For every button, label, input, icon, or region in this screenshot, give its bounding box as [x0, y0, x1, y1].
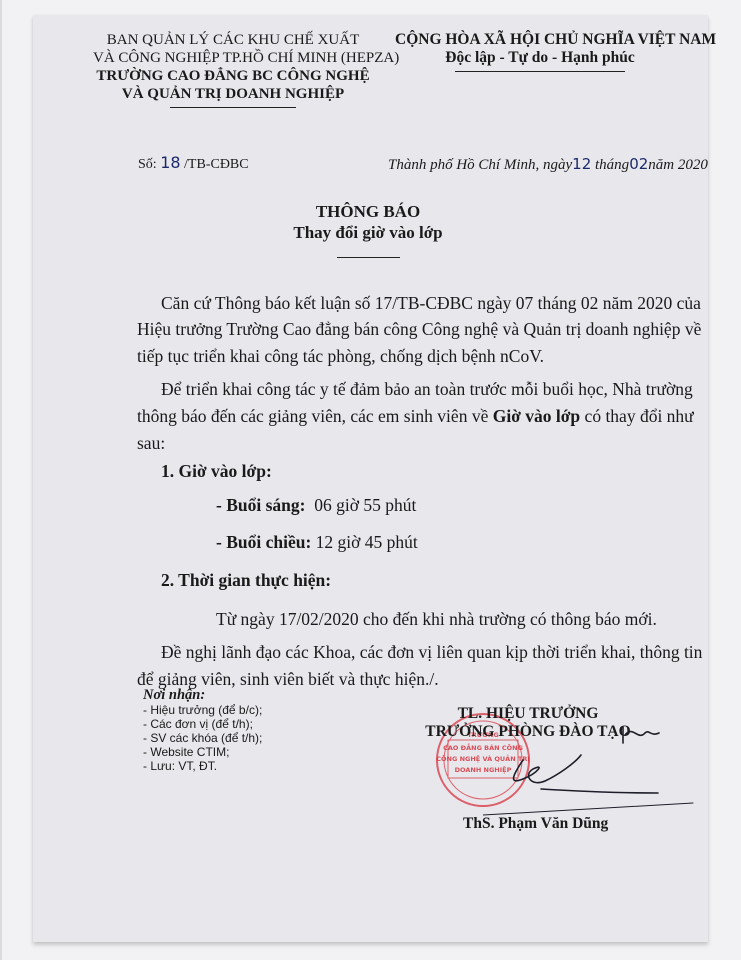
date-month: 02 [629, 155, 648, 173]
date-month-label: tháng [595, 157, 629, 173]
issuer-line-3: TRƯỜNG CAO ĐẲNG BC CÔNG NGHỆ [93, 67, 373, 85]
morning-label: - Buổi sáng: [216, 495, 305, 515]
date-line: Thành phố Hồ Chí Minh, ngày12 tháng02năm… [388, 155, 708, 174]
morning-time-row: - Buổi sáng: 06 giờ 55 phút [216, 495, 416, 516]
issuer-line-1: BAN QUẢN LÝ CÁC KHU CHẾ XUẤT [93, 31, 373, 49]
afternoon-label: - Buổi chiều: [216, 532, 311, 552]
date-prefix: Thành phố Hồ Chí Minh, ngày [388, 157, 572, 173]
motto: Độc lập - Tự do - Hạnh phúc [395, 49, 685, 67]
country-name: CỘNG HÒA XÃ HỘI CHỦ NGHĨA VIỆT NAM [395, 31, 685, 49]
para1-line3: tiếp tục triển khai công tác phòng, chốn… [137, 346, 717, 367]
title-sub: Thay đổi giờ vào lớp [233, 222, 503, 243]
handwritten-signature-icon [483, 715, 703, 825]
issuer-line-2: VÀ CÔNG NGHIỆP TP.HỒ CHÍ MINH (HEPZA) [93, 49, 373, 67]
para1-line1: Căn cứ Thông báo kết luận số 17/TB-CĐBC … [161, 293, 741, 314]
title-underline [337, 257, 400, 258]
section-1-heading: 1. Giờ vào lớp: [161, 461, 272, 482]
recipient-item: - Lưu: VT, ĐT. [143, 759, 262, 773]
issuer-header: BAN QUẢN LÝ CÁC KHU CHẾ XUẤT VÀ CÔNG NGH… [93, 31, 373, 108]
para2-line1: Để triển khai công tác y tế đảm bảo an t… [161, 379, 741, 400]
para2-emphasis: Giờ vào lớp [493, 406, 580, 426]
recipient-item: - Các đơn vị (để t/h); [143, 717, 262, 731]
notice-title: THÔNG BÁO Thay đổi giờ vào lớp [233, 201, 503, 258]
para2-line2: thông báo đến các giảng viên, các em sin… [137, 406, 717, 427]
national-motto: CỘNG HÒA XÃ HỘI CHỦ NGHĨA VIỆT NAM Độc l… [395, 31, 685, 72]
issuer-line-4: VÀ QUẢN TRỊ DOANH NGHIỆP [93, 85, 373, 103]
doc-no-value: 18 [160, 153, 180, 172]
para3-line1: Đề nghị lãnh đạo các Khoa, các đơn vị li… [161, 642, 702, 663]
recipient-item: - Hiệu trưởng (để b/c); [143, 703, 262, 717]
doc-no-prefix: Số: [138, 157, 157, 172]
para1-line2: Hiệu trưởng Trường Cao đẳng bán công Côn… [137, 319, 717, 340]
morning-time: 06 giờ 55 phút [314, 495, 416, 515]
issuer-underline [170, 107, 296, 108]
title-main: THÔNG BÁO [233, 201, 503, 222]
motto-underline [455, 71, 625, 72]
para2-text-a: thông báo đến các giảng viên, các em sin… [137, 406, 493, 426]
afternoon-time: 12 giờ 45 phút [316, 532, 418, 552]
signer-name: ThS. Phạm Văn Dũng [463, 815, 608, 833]
viewer-edge [0, 0, 2, 960]
recipient-item: - SV các khóa (để t/h); [143, 731, 262, 745]
para2-line3: sau: [137, 433, 717, 454]
recipient-item: - Website CTIM; [143, 745, 262, 759]
recipients-block: Nơi nhận: - Hiệu trưởng (để b/c); - Các … [143, 688, 262, 773]
section-2-heading: 2. Thời gian thực hiện: [161, 570, 331, 591]
afternoon-time-row: - Buổi chiều: 12 giờ 45 phút [216, 532, 418, 553]
date-year: năm 2020 [648, 157, 708, 173]
document-number: Số: 18 /TB-CĐBC [138, 153, 249, 173]
doc-no-suffix: /TB-CĐBC [184, 157, 249, 172]
recipients-heading: Nơi nhận: [143, 688, 262, 702]
effective-date: Từ ngày 17/02/2020 cho đến khi nhà trườn… [216, 609, 657, 630]
document-page: BAN QUẢN LÝ CÁC KHU CHẾ XUẤT VÀ CÔNG NGH… [33, 15, 708, 942]
date-day: 12 [572, 155, 591, 173]
para2-text-b: có thay đổi như [580, 406, 694, 426]
